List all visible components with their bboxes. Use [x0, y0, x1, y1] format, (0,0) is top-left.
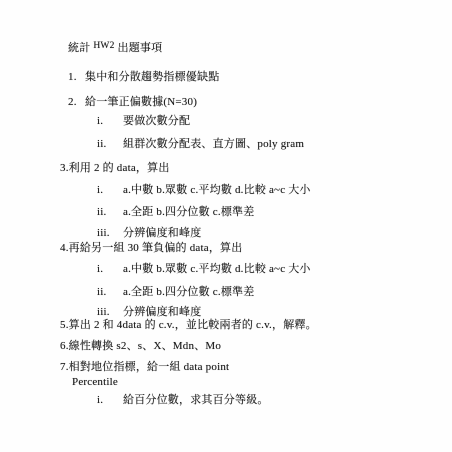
label-text: Percentile	[72, 376, 118, 388]
list-item-1: 1.集中和分散趨勢指標優缺點	[68, 71, 452, 84]
document-page: 統計 HW2 出題事項 1.集中和分散趨勢指標優缺點 2.給一筆正偏數據(N=3…	[0, 0, 452, 452]
sub-item-text: 給百分位數，求其百分等級。	[123, 394, 269, 406]
item-text: 給一筆正偏數據(N=30)	[85, 96, 197, 108]
sub-list-item-4-ii: ii.a.全距 b.四分位數 c.標準差	[97, 286, 452, 299]
item-text: 集中和分散趨勢指標優缺點	[85, 71, 219, 83]
item-number: 1.	[68, 71, 85, 84]
sub-item-number: ii.	[97, 206, 123, 219]
item-text: 利用 2 的 data，算出	[69, 162, 170, 174]
sub-list-item-2-i: i.要做次數分配	[97, 115, 452, 128]
sub-item-text: a.全距 b.四分位數 c.標準差	[123, 206, 254, 218]
sub-item-number: i.	[97, 263, 123, 276]
sub-list-item-3-i: i.a.中數 b.眾數 c.平均數 d.比較 a~c 大小	[97, 184, 452, 197]
sub-item-text: 要做次數分配	[123, 115, 190, 127]
sub-item-number: i.	[97, 115, 123, 128]
list-item-4: 4.再給另一組 30 筆負偏的 data，算出	[60, 242, 452, 255]
sub-item-text: a.中數 b.眾數 c.平均數 d.比較 a~c 大小	[123, 263, 311, 275]
document-content: 統計 HW2 出題事項 1.集中和分散趨勢指標優缺點 2.給一筆正偏數據(N=3…	[0, 0, 452, 407]
sub-item-text: 分辨偏度和峰度	[123, 306, 201, 318]
sub-item-text: a.全距 b.四分位數 c.標準差	[123, 286, 254, 298]
sub-item-number: iii.	[97, 227, 123, 240]
item-number: 4.	[60, 242, 69, 254]
sub-item-text: 分辨偏度和峰度	[123, 227, 201, 239]
item-text: 相對地位指標，給一組 data point	[69, 361, 230, 373]
item-number: 3.	[60, 162, 69, 174]
sub-list-item-3-iii: iii.分辨偏度和峰度	[97, 227, 452, 240]
sub-list-item-2-ii: ii.組群次數分配表、直方圖、poly gram	[97, 138, 452, 151]
sub-list-item-3-ii: ii.a.全距 b.四分位數 c.標準差	[97, 206, 452, 219]
sub-item-number: i.	[97, 394, 123, 407]
list-item-7: 7.相對地位指標，給一組 data point	[60, 361, 452, 374]
title-suffix: 出題事項	[118, 42, 163, 54]
list-item-3: 3.利用 2 的 data，算出	[60, 162, 452, 175]
page-title: 統計 HW2 出題事項	[68, 42, 452, 56]
title-code: HW2	[93, 41, 114, 51]
sub-list-item-7-i: i.給百分位數，求其百分等級。	[97, 394, 452, 407]
sub-item-number: ii.	[97, 286, 123, 299]
item-number: 7.	[60, 361, 69, 373]
item-number: 5.	[60, 319, 69, 331]
sub-list-item-4-iii: iii.分辨偏度和峰度	[97, 306, 452, 319]
title-prefix: 統計	[68, 42, 90, 54]
list-item-2: 2.給一筆正偏數據(N=30)	[68, 96, 452, 109]
item-text: 再給另一組 30 筆負偏的 data，算出	[69, 242, 243, 254]
sub-item-text: a.中數 b.眾數 c.平均數 d.比較 a~c 大小	[123, 184, 311, 196]
list-item-5: 5.算出 2 和 4data 的 c.v.，並比較兩者的 c.v.，解釋。	[60, 319, 452, 332]
sub-item-number: i.	[97, 184, 123, 197]
sub-list-item-4-i: i.a.中數 b.眾數 c.平均數 d.比較 a~c 大小	[97, 263, 452, 276]
item-text: 線性轉換 s2、s、X、Mdn、Mo	[69, 340, 221, 352]
percentile-label: Percentile	[72, 376, 452, 389]
list-item-6: 6.線性轉換 s2、s、X、Mdn、Mo	[60, 340, 452, 353]
sub-item-text: 組群次數分配表、直方圖、poly gram	[123, 138, 304, 150]
item-number: 2.	[68, 96, 85, 109]
item-text: 算出 2 和 4data 的 c.v.，並比較兩者的 c.v.，解釋。	[69, 319, 317, 331]
sub-item-number: iii.	[97, 306, 123, 319]
item-number: 6.	[60, 340, 69, 352]
sub-item-number: ii.	[97, 138, 123, 151]
